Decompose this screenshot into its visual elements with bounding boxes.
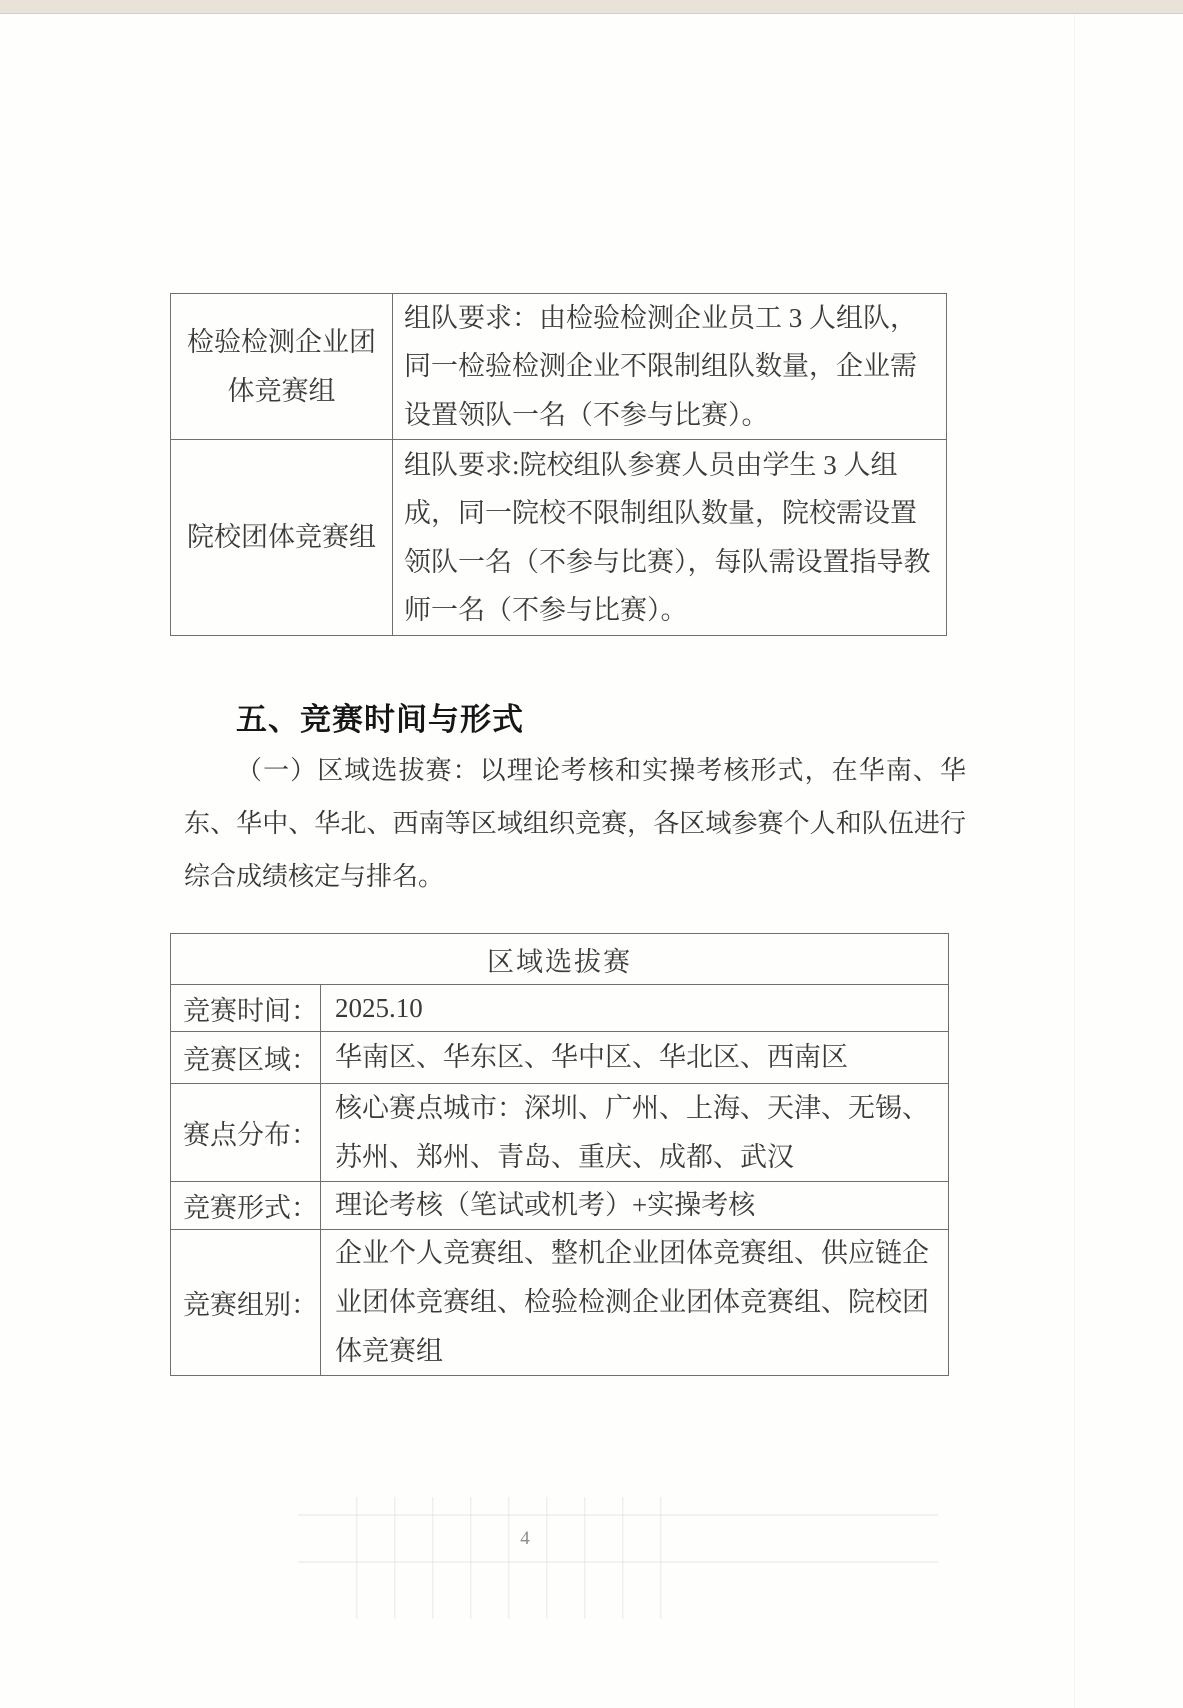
bleed-through-artifact	[298, 1497, 768, 1619]
table-row: 赛点分布： 核心赛点城市：深圳、广州、上海、天津、无锡、苏州、郑州、青岛、重庆、…	[171, 1083, 948, 1181]
row-value: 华南区、华东区、华中区、华北区、西南区	[321, 1032, 948, 1083]
scan-top-strip	[0, 0, 1183, 14]
bleed-vertical-lines	[356, 1497, 668, 1619]
table-row: 竞赛形式： 理论考核（笔试或机考）+实操考核	[171, 1181, 948, 1229]
group-requirements-table: 检验检测企业团体竞赛组 组队要求：由检验检测企业员工 3 人组队，同一检验检测企…	[170, 293, 947, 636]
section-paragraph: （一）区域选拔赛：以理论考核和实操考核形式，在华南、华东、华中、华北、西南等区域…	[184, 744, 966, 903]
group-requirement-cell: 组队要求:院校组队参赛人员由学生 3 人组成，同一院校不限制组队数量，院校需设置…	[393, 440, 946, 635]
table-row: 竞赛时间： 2025.10	[171, 984, 948, 1031]
bleed-horizontal-line	[298, 1561, 938, 1563]
table-title: 区域选拔赛	[171, 934, 948, 984]
table-row: 竞赛组别： 企业个人竞赛组、整机企业团体竞赛组、供应链企业团体竞赛组、检验检测企…	[171, 1229, 948, 1375]
row-value: 企业个人竞赛组、整机企业团体竞赛组、供应链企业团体竞赛组、检验检测企业团体竞赛组…	[321, 1230, 948, 1375]
group-requirement-cell: 组队要求：由检验检测企业员工 3 人组队，同一检验检测企业不限制组队数量，企业需…	[393, 294, 946, 439]
regional-selection-table: 区域选拔赛 竞赛时间： 2025.10 竞赛区域： 华南区、华东区、华中区、华北…	[170, 933, 949, 1376]
row-label: 竞赛区域：	[171, 1032, 321, 1083]
group-name-cell: 院校团体竞赛组	[171, 440, 393, 635]
row-label: 赛点分布：	[171, 1084, 321, 1181]
row-value: 理论考核（笔试或机考）+实操考核	[321, 1182, 948, 1229]
row-value: 核心赛点城市：深圳、广州、上海、天津、无锡、苏州、郑州、青岛、重庆、成都、武汉	[321, 1084, 948, 1181]
section-heading: 五、竞赛时间与形式	[236, 694, 524, 739]
table-row: 检验检测企业团体竞赛组 组队要求：由检验检测企业员工 3 人组队，同一检验检测企…	[171, 294, 946, 439]
row-value: 2025.10	[321, 985, 948, 1031]
page-number: 4	[495, 1528, 555, 1550]
row-label: 竞赛组别：	[171, 1230, 321, 1375]
page-edge-artifact	[1074, 14, 1075, 1708]
table-row: 竞赛区域： 华南区、华东区、华中区、华北区、西南区	[171, 1031, 948, 1083]
row-label: 竞赛形式：	[171, 1182, 321, 1229]
bleed-horizontal-line	[298, 1514, 938, 1516]
table-row: 院校团体竞赛组 组队要求:院校组队参赛人员由学生 3 人组成，同一院校不限制组队…	[171, 439, 946, 635]
group-name-cell: 检验检测企业团体竞赛组	[171, 294, 393, 439]
row-label: 竞赛时间：	[171, 985, 321, 1031]
